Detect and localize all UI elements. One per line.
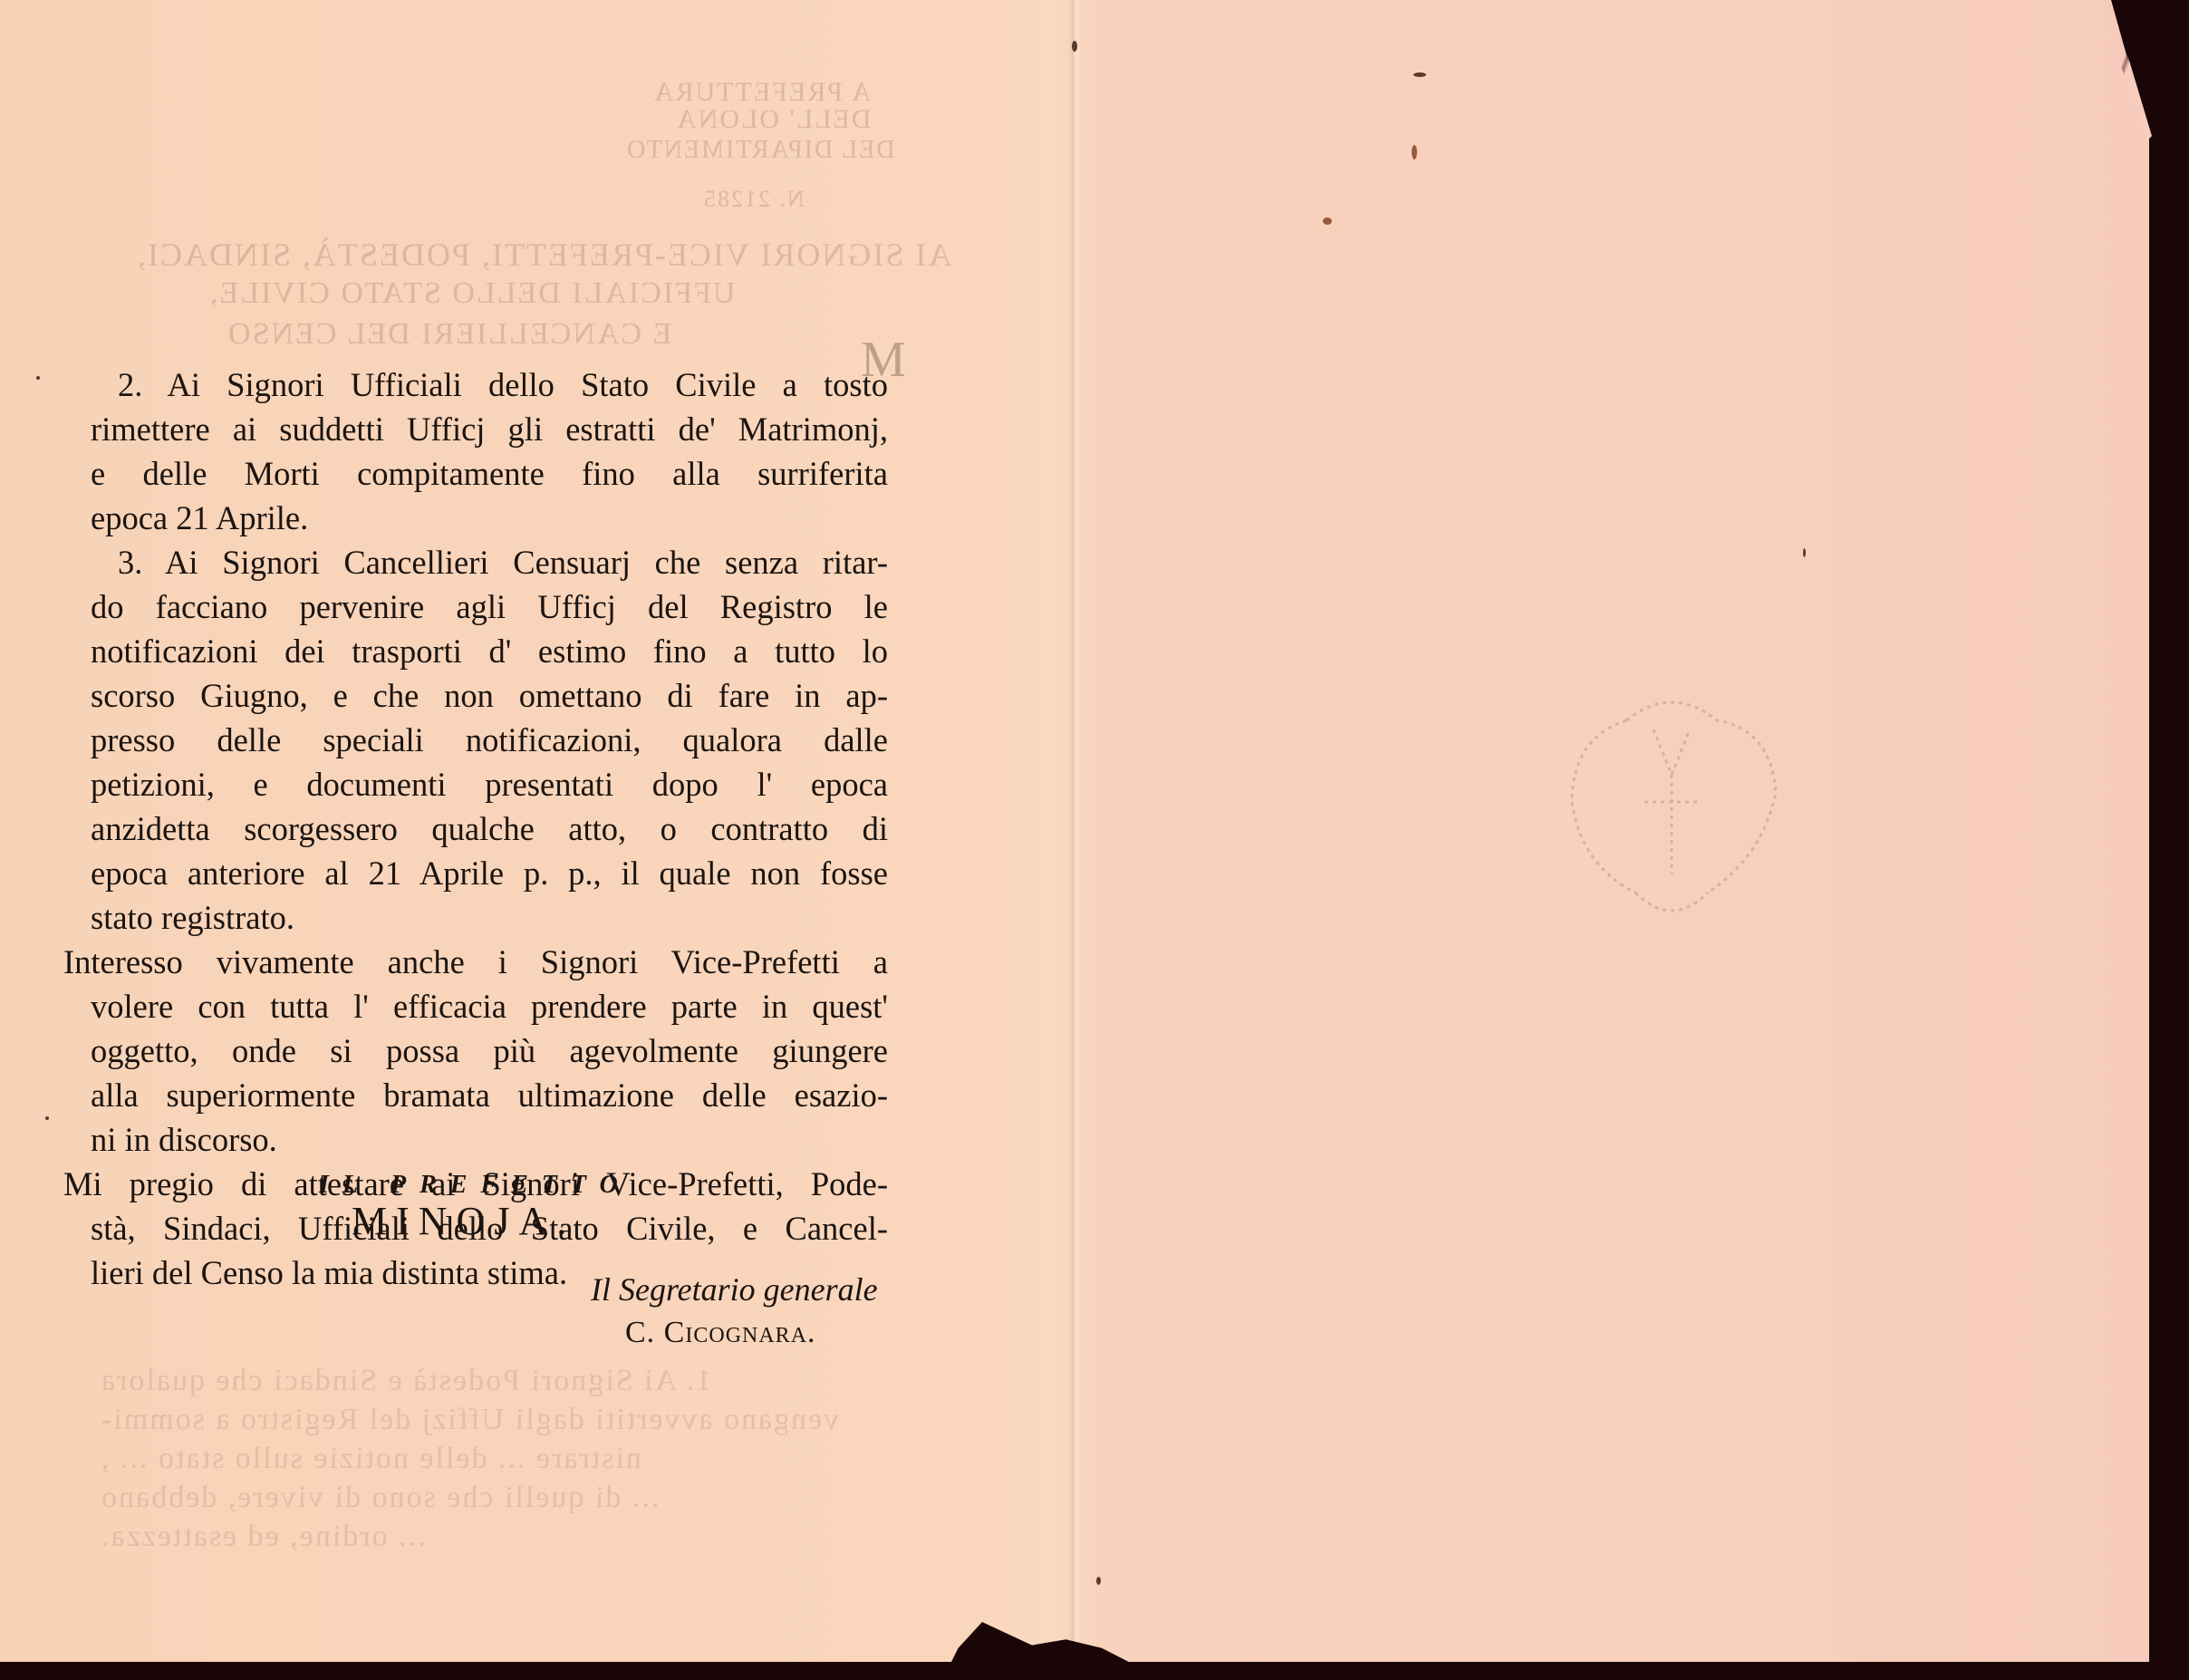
center-fold [1067, 0, 1082, 1662]
text-line: stato registrato. [91, 895, 888, 940]
text-line: anzidetta scorgessero qualche atto, o co… [91, 806, 888, 851]
show-through-header-line: A PREFETTURA [652, 77, 872, 108]
show-through-number: N. 21285 [702, 186, 805, 213]
ink-speck [1323, 217, 1332, 225]
document-scan: A PREFETTURA DELL' OLONA DEL DIPARTIMENT… [0, 0, 2189, 1680]
left-page-text: 2. Ai Signori Ufficiali dello Stato Civi… [91, 362, 888, 1295]
text-line: scorso Giugno, e che non omettano di far… [91, 673, 888, 718]
text-line: presso delle speciali notificazioni, qua… [91, 718, 888, 762]
text-line: petizioni, e documenti presentati dopo l… [91, 762, 888, 806]
show-through-body-line: ... di quelli che sono di vivere, debban… [100, 1481, 659, 1515]
show-through-body-line: 1. Ai Signori Podestà e Sindaci che qual… [100, 1364, 711, 1398]
show-through-address: AI SIGNORI VICE-PREFETTI, PODESTÀ, SINDA… [136, 236, 951, 274]
text-line: Interesso vivamente anche i Signori Vice… [63, 940, 888, 984]
text-line: oggetto, onde si possa più agevolmente g… [91, 1028, 888, 1073]
text-line: notificazioni dei trasporti d' estimo fi… [91, 629, 888, 673]
signature-title: IL PREFETTO [319, 1171, 632, 1200]
show-through-body-line: nistrare ... delle notizie sullo stato .… [100, 1442, 641, 1476]
text-line: rimettere ai suddetti Ufficj gli estratt… [91, 407, 888, 451]
ink-speck [45, 1116, 49, 1120]
show-through-body-line: ... ordine, ed esattezza. [100, 1520, 426, 1554]
countersignature-name: C. Cicognara. [625, 1316, 816, 1350]
show-through-header-line: DELL' OLONA [675, 104, 872, 135]
text-line: epoca anteriore al 21 Aprile p. p., il q… [91, 851, 888, 895]
countersignature-title: Il Segretario generale [591, 1270, 878, 1308]
paragraph-item-3: 3. Ai Signori Cancellieri Censuarj che s… [91, 540, 888, 940]
show-through-header-line: DEL DIPARTIMENTO [625, 136, 895, 165]
ink-speck [1413, 72, 1426, 77]
ink-speck [1096, 1577, 1101, 1585]
text-line: 3. Ai Signori Cancellieri Censuarj che s… [91, 540, 888, 584]
text-line: alla superiormente bramata ultimazione d… [91, 1073, 888, 1117]
text-line: ni in discorso. [91, 1117, 888, 1162]
paragraph-interesso: Interesso vivamente anche i Signori Vice… [91, 940, 888, 1162]
eagle-watermark-icon [1536, 666, 1808, 938]
ink-speck [1803, 548, 1806, 557]
text-line: 2. Ai Signori Ufficiali dello Stato Civi… [91, 362, 888, 407]
show-through-body-line: vengano avvertiti dagli Uffizj del Regis… [100, 1403, 839, 1437]
text-line: epoca 21 Aprile. [91, 496, 888, 540]
paragraph-item-2: 2. Ai Signori Ufficiali dello Stato Civi… [91, 362, 888, 540]
text-line: volere con tutta l' efficacia prendere p… [91, 984, 888, 1028]
show-through-address: UFFICIALI DELLO STATO CIVILE, [208, 276, 736, 311]
text-line: e delle Morti compitamente fino alla sur… [91, 451, 888, 496]
show-through-address: E CANCELLIERI DEL CENSO [227, 317, 671, 352]
ink-speck [1412, 145, 1417, 159]
ink-speck [1072, 41, 1077, 52]
signature-name: MINOJA. [352, 1198, 575, 1244]
text-line: do facciano pervenire agli Ufficj del Re… [91, 584, 888, 629]
ink-speck [36, 376, 40, 380]
